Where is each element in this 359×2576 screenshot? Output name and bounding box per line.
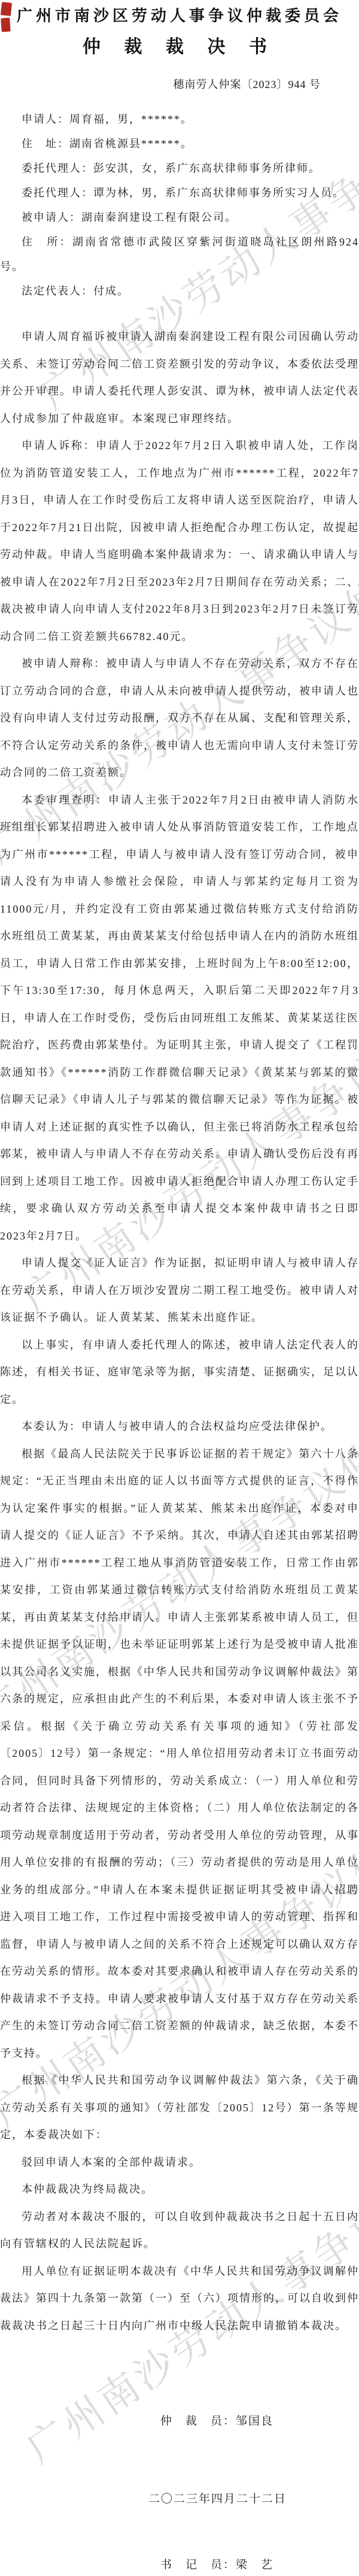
body-paragraph: 根据《最高人民法院关于民事诉讼证据的若干规定》第六十八条规定：“无正当理由未出庭… [0,1441,359,2068]
decision-date: 二〇二三年四月二十二日 [148,2490,287,2506]
respondent-address-line: 住 所：湖南省常德市武陵区穿紫河街道晓岛社区朗州路924 号。 [0,230,359,279]
applicant-address-line: 住 址：湖南省桃源县******。 [0,132,359,156]
arbitrator-signature: 仲 裁 员：邹国良 [160,2412,273,2428]
respondent-line: 被申请人：湖南秦润建设工程有限公司。 [0,205,359,230]
body-paragraph: 申请人周育福诉被申请人湖南秦润建设工程有限公司因确认劳动关系、未签订劳动合同二倍… [0,323,359,432]
document-title: 仲 裁 裁 决 书 [0,32,359,58]
committee-name: 广州市南沙区劳动人事争议仲裁委员会 [0,4,359,26]
body-paragraph: 本委审理查明：申请人主张于2022年7月2日由被申请人消防水班组组长郭某招聘进入… [0,787,359,1250]
case-number: 穗南劳人仲案〔2023〕944 号 [0,76,359,92]
final-ruling-paragraph: 本仲裁裁决为终局裁决。 [0,2176,359,2204]
body-paragraph: 本委认为：申请人与被申请人的合法权益均应受法律保护。 [0,1413,359,1441]
agent-line: 委托代理人：谭为林，男，系广东高状律师事务所实习人员。 [0,181,359,205]
appeal-rights-paragraph: 劳动者对本裁决不服的，可以自收到仲裁裁决书之日起十五日内向有管辖权的人民法院起诉… [0,2204,359,2258]
document-content: 广州市南沙区劳动人事争议仲裁委员会 仲 裁 裁 决 书 穗南劳人仲案〔2023〕… [0,4,359,2339]
agent-line: 委托代理人：彭安淇，女，系广东高状律师事务所律师。 [0,156,359,181]
red-seal-fragment [1,18,11,32]
decision-body: 申请人周育福诉被申请人湖南秦润建设工程有限公司因确认劳动关系、未签订劳动合同二倍… [0,323,359,2339]
ruling-paragraph: 驳回申请人本案的全部仲裁请求。 [0,2149,359,2177]
red-seal-fragment [1,2,12,16]
body-paragraph: 被申请人辩称：被申请人与申请人不存在劳动关系，双方不存在订立劳动合同的合意，申请… [0,650,359,787]
body-paragraph: 根据《中华人民共和国劳动争议调解仲裁法》第六条，《关于确立劳动关系有关事项的通知… [0,2067,359,2149]
legal-representative-line: 法定代表人：付成。 [0,279,359,304]
arbitration-award-document: 广州南沙劳动人事争议仲裁 广州南沙劳动人事争议仲裁 广州南沙劳动人事争议仲裁 广… [0,0,359,2576]
party-info-block: 申请人：周育福，男，******。 住 址：湖南省桃源县******。 委托代理… [0,107,359,304]
body-paragraph: 以上事实，有申请人委托代理人的陈述，被申请人法定代表人的陈述，有相关书证、庭审笔… [0,1332,359,1414]
applicant-line: 申请人：周育福，男，******。 [0,107,359,132]
clerk-signature: 书 记 员：梁 艺 [160,2556,273,2572]
body-paragraph: 申请人诉称：申请人于2022年7月2日入职被申请人处，工作岗位为消防管道安装工人… [0,432,359,650]
body-paragraph: 申请人提交《证人证言》作为证据，拟证明申请人与被申请人存在劳动关系，申请人在万顷… [0,1250,359,1332]
revocation-rights-paragraph: 用人单位有证据证明本裁决有《中华人民共和国劳动争议调解仲裁法》第四十九条第一款第… [0,2258,359,2340]
